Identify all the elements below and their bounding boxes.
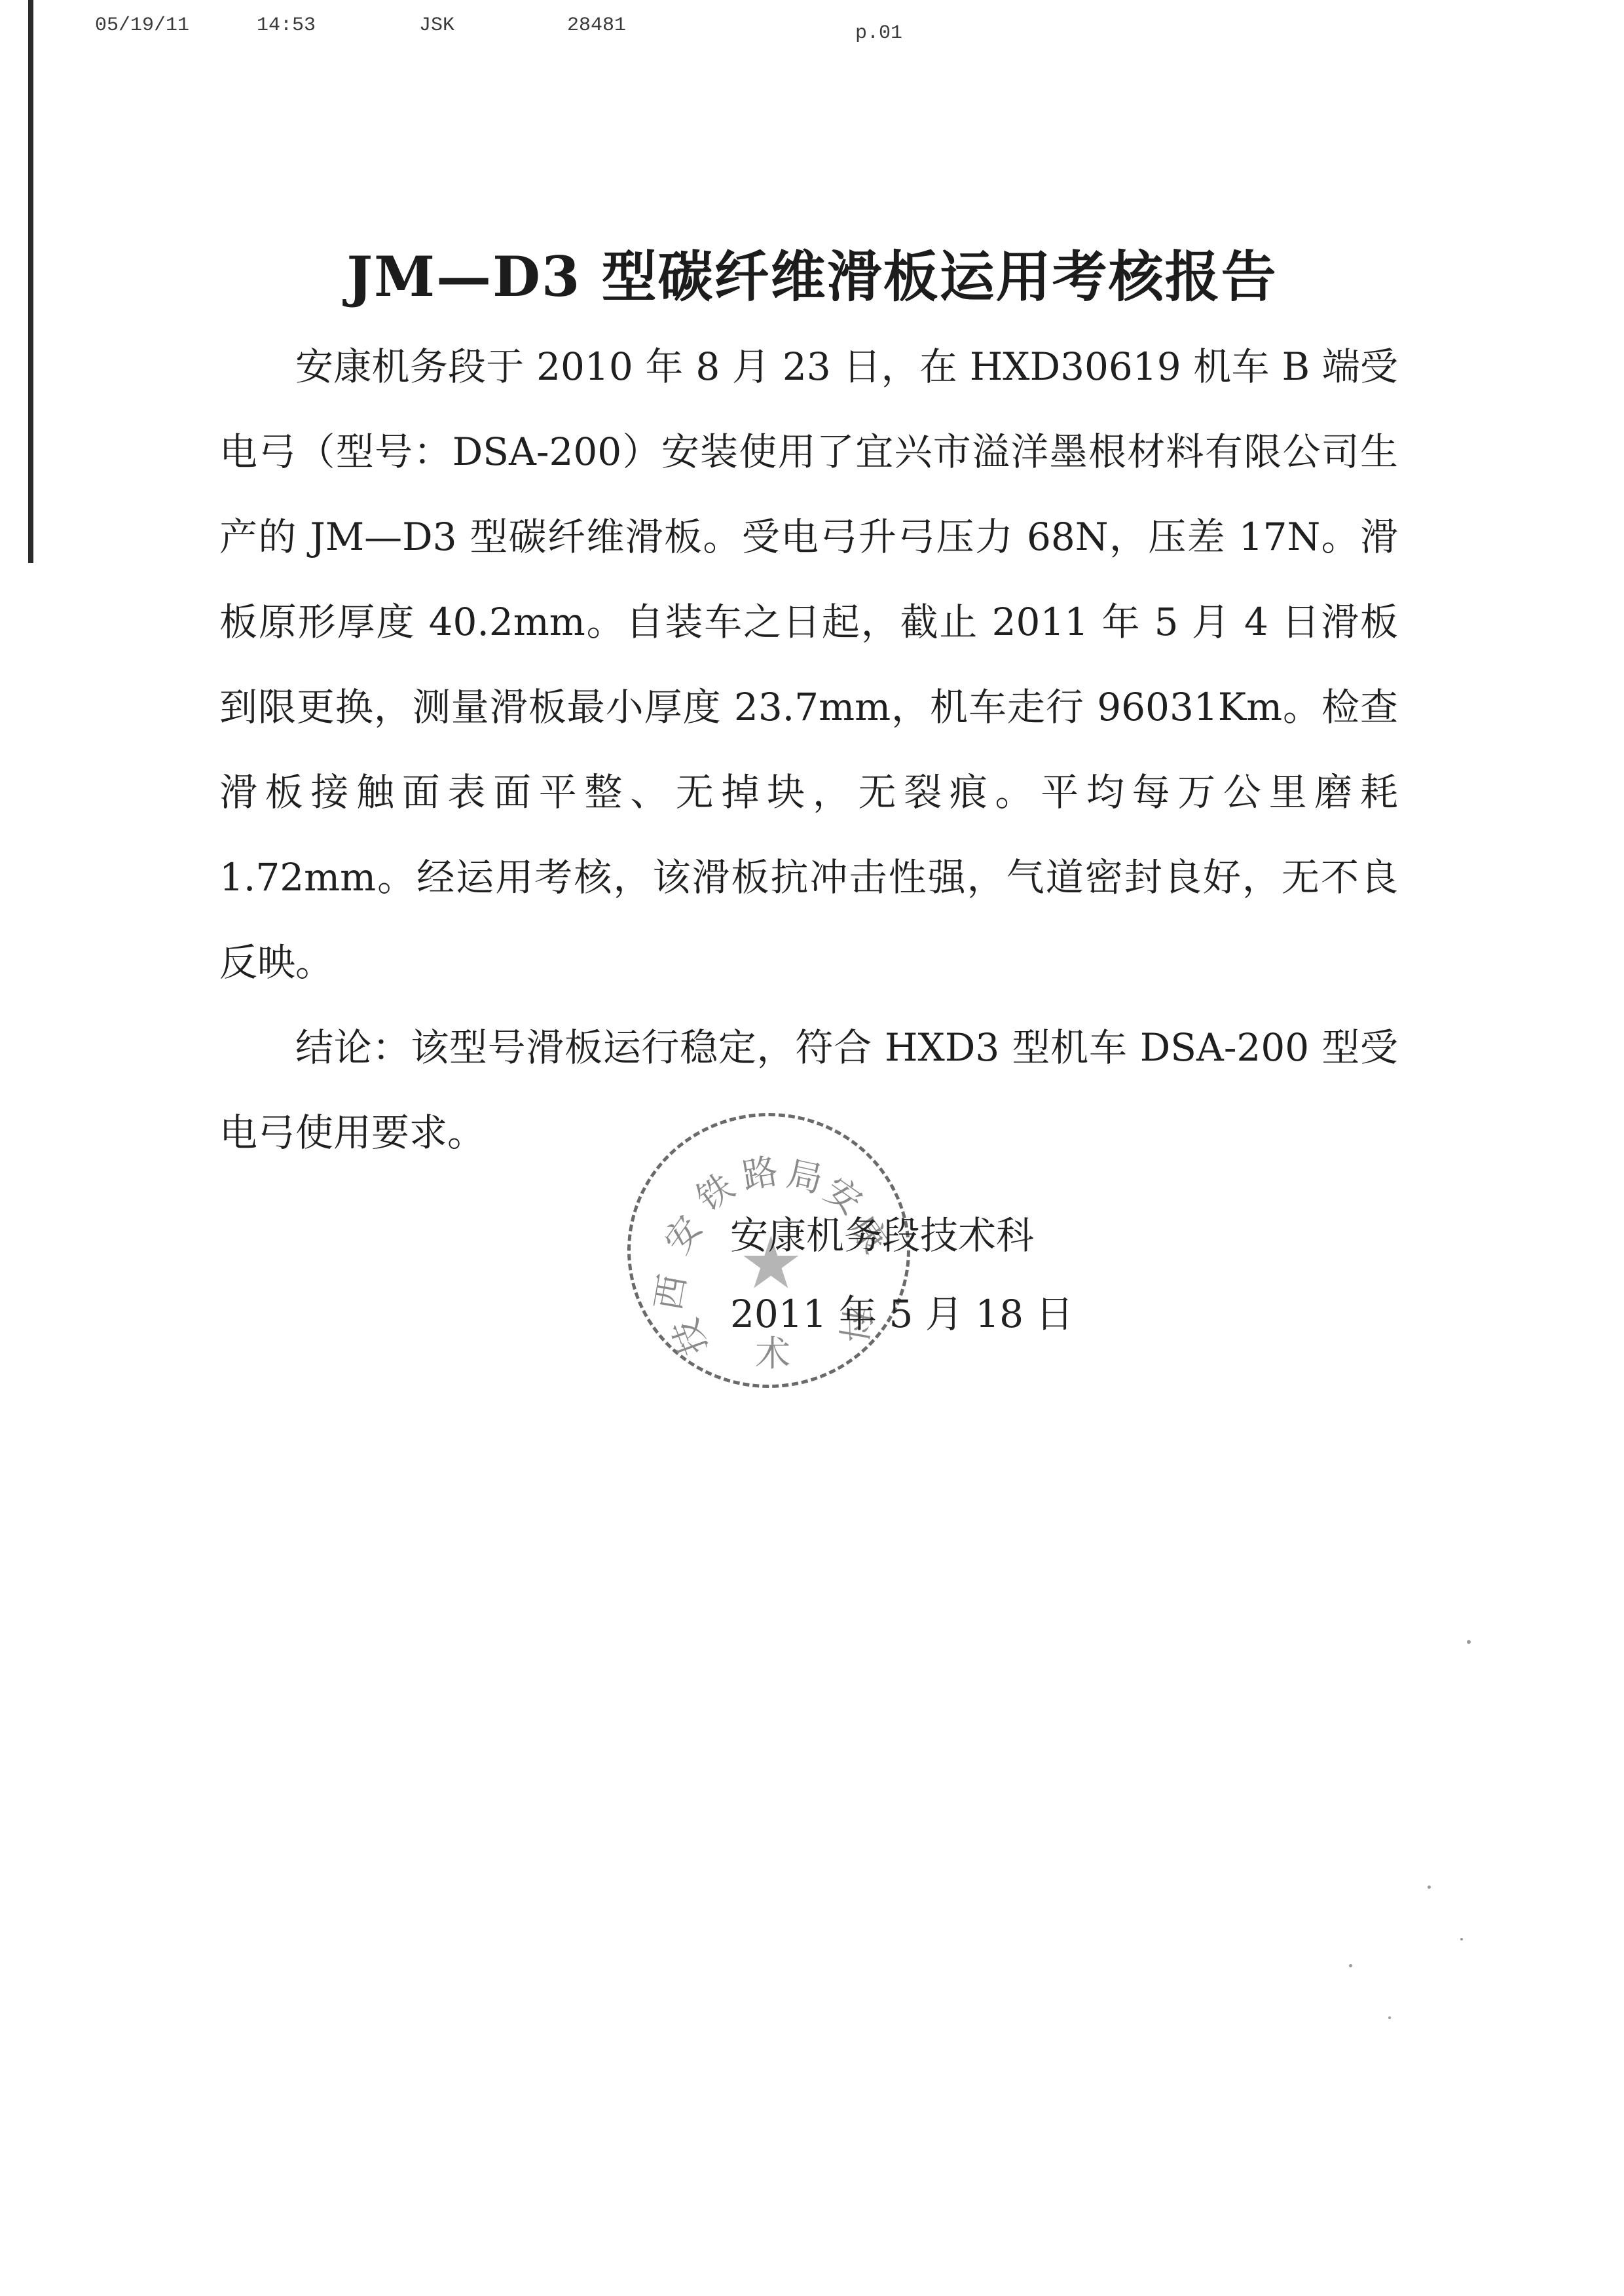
paragraph-report: 安康机务段于 2010 年 8 月 23 日，在 HXD30619 机车 B 端…: [219, 324, 1398, 1005]
fax-sender-id: JSK: [419, 14, 454, 37]
scan-speck: [1388, 2016, 1391, 2019]
fax-date: 05/19/11: [95, 14, 189, 37]
seal-char: 西: [640, 1270, 695, 1314]
scan-speck: [1349, 1964, 1352, 1967]
signature-date: 2011 年 5 月 18 日: [730, 1283, 1074, 1338]
document-title: JM—D3 型碳纤维滑板运用考核报告: [0, 233, 1624, 312]
signature-department: 安康机务段技术科: [730, 1205, 1034, 1260]
fax-page-number: p.01: [855, 22, 902, 45]
scan-speck: [1467, 1640, 1471, 1644]
fax-header: 05/19/11 14:53 JSK 28481 p.01: [0, 14, 982, 41]
fax-time: 14:53: [257, 14, 316, 37]
seal-char: 路: [738, 1143, 782, 1199]
fax-number: 28481: [567, 14, 626, 37]
seal-char: 技: [658, 1313, 718, 1363]
document-body: 安康机务段于 2010 年 8 月 23 日，在 HXD30619 机车 B 端…: [219, 324, 1398, 1175]
seal-char: 局: [783, 1146, 828, 1203]
seal-char: 安: [650, 1204, 712, 1262]
scan-speck: [1460, 1938, 1463, 1941]
scan-speck: [1428, 1886, 1431, 1889]
